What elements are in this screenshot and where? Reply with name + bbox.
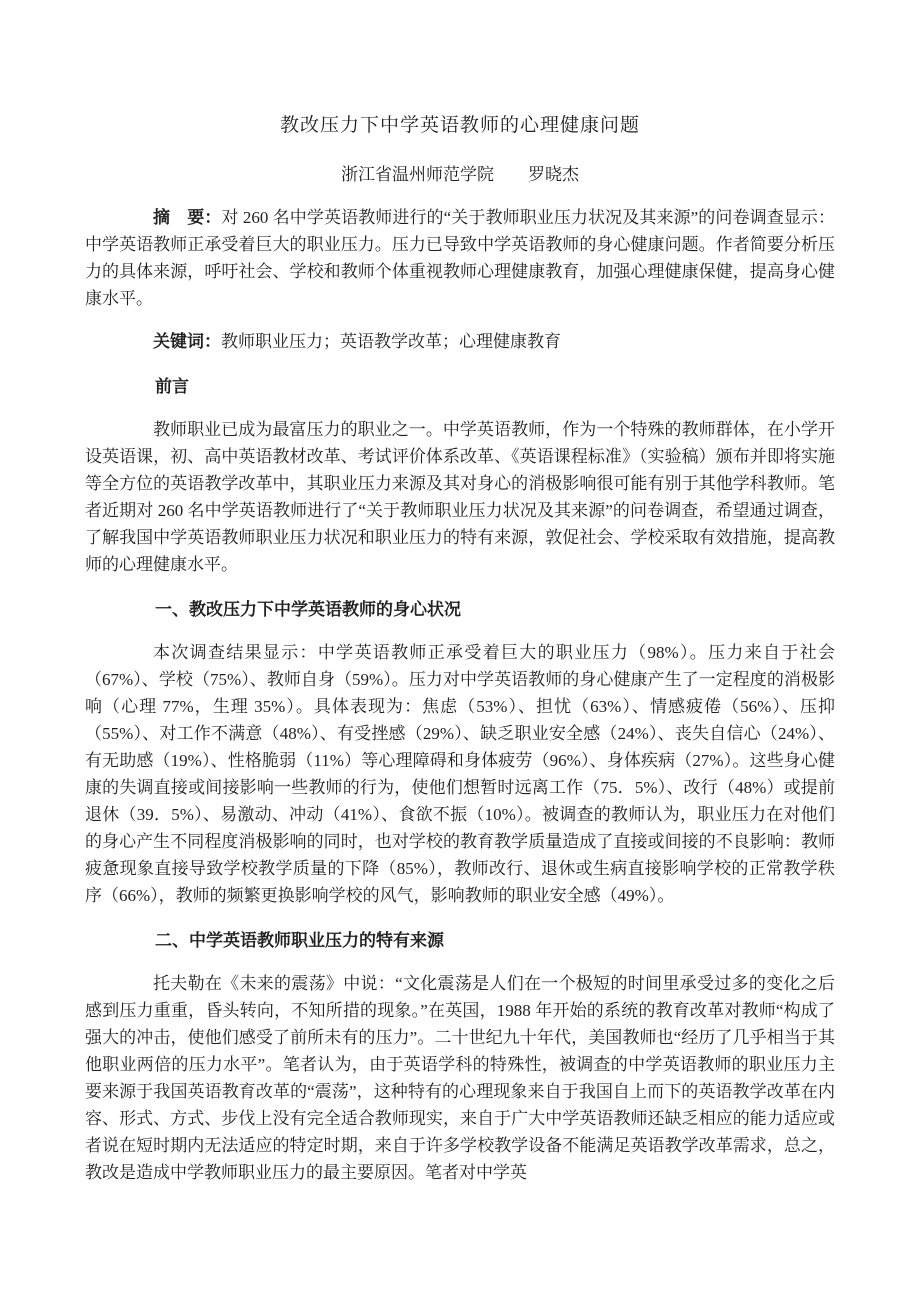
author-byline: 浙江省温州师范学院 罗晓杰 — [85, 161, 835, 188]
keywords-label: 关键词： — [153, 332, 221, 351]
section-heading-foreword: 前言 — [85, 373, 835, 400]
section-heading-2: 二、中学英语教师职业压力的特有来源 — [85, 927, 835, 954]
keywords-paragraph: 关键词：教师职业压力；英语教学改革；心理健康教育 — [85, 328, 835, 355]
section-2-paragraph: 托夫勒在《未来的震荡》中说：“文化震荡是人们在一个极短的时间里承受过多的变化之后… — [85, 970, 835, 1186]
document-page: 教改压力下中学英语教师的心理健康问题 浙江省温州师范学院 罗晓杰 摘 要：对 2… — [0, 0, 920, 1302]
section-heading-1: 一、教改压力下中学英语教师的身心状况 — [85, 596, 835, 623]
section-1-paragraph: 本次调查结果显示：中学英语教师正承受着巨大的职业压力（98%）。压力来自于社会（… — [85, 639, 835, 909]
abstract-paragraph: 摘 要：对 260 名中学英语教师进行的“关于教师职业压力状况及其来源”的问卷调… — [85, 204, 835, 312]
abstract-label: 摘 要： — [153, 208, 221, 227]
keywords-text: 教师职业压力；英语教学改革；心理健康教育 — [221, 332, 561, 351]
foreword-paragraph: 教师职业已成为最富压力的职业之一。中学英语教师，作为一个特殊的教师群体，在小学开… — [85, 416, 835, 578]
page-title: 教改压力下中学英语教师的心理健康问题 — [85, 112, 835, 139]
